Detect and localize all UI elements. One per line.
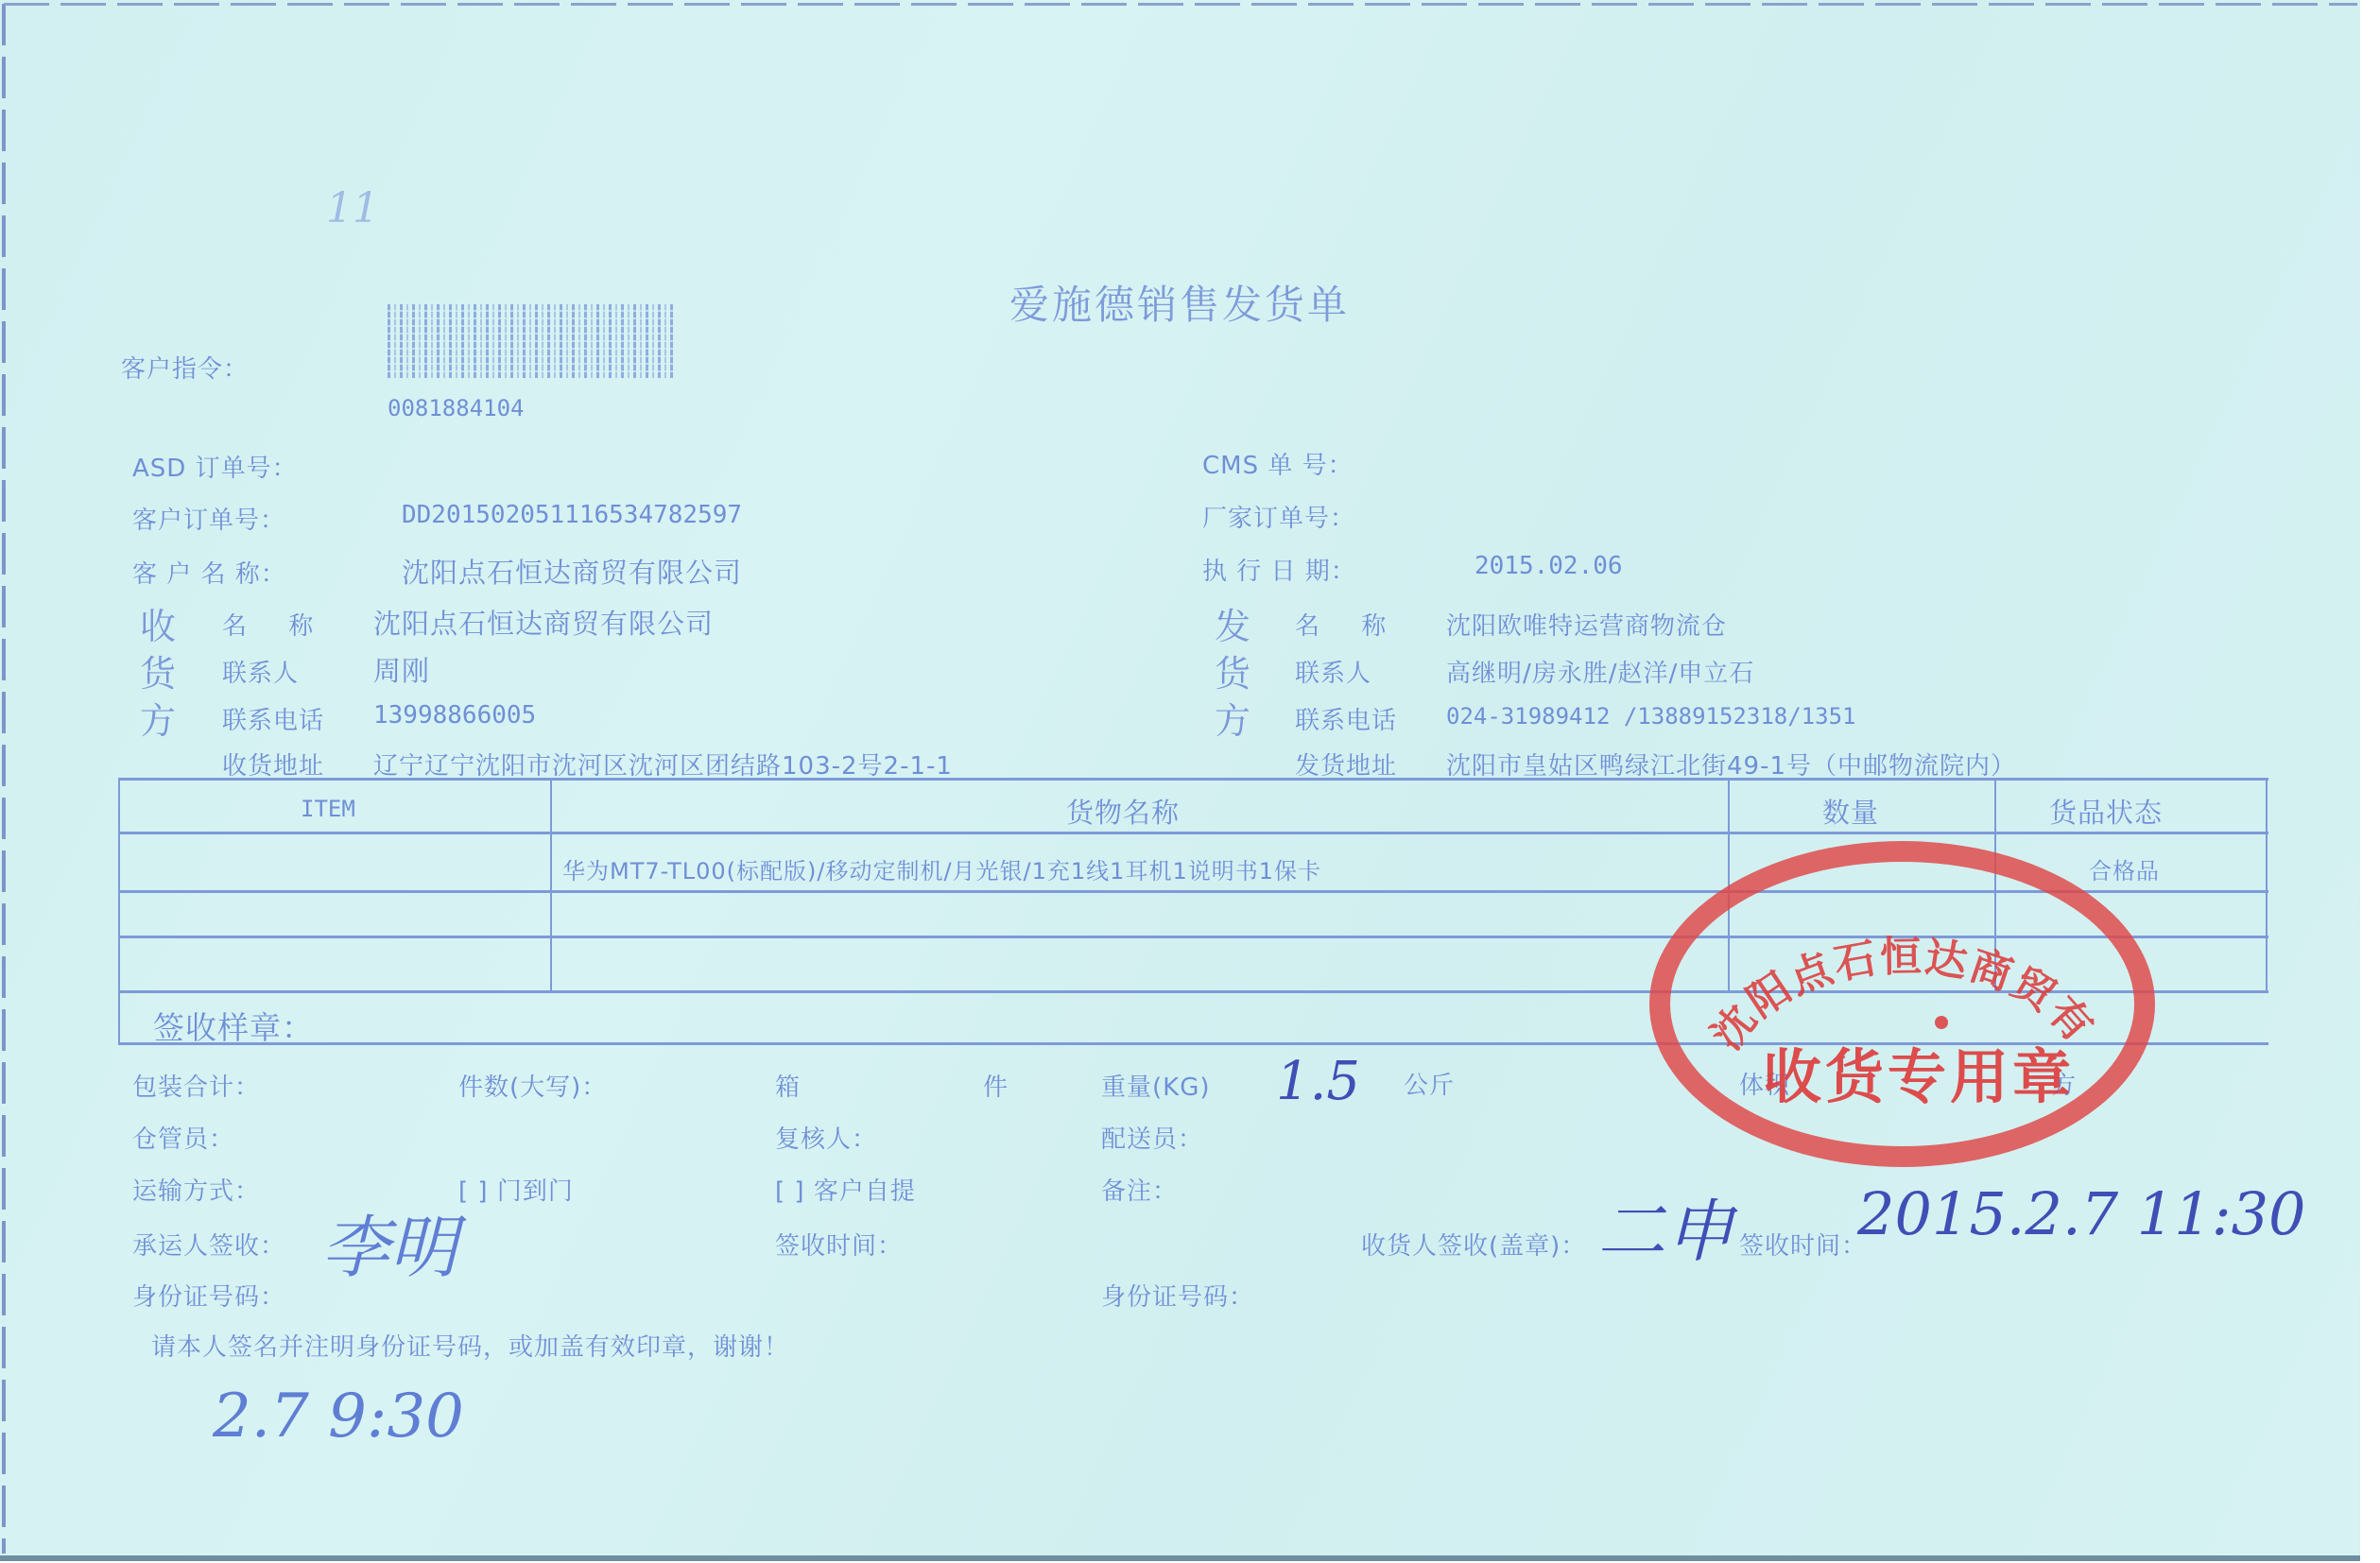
table-header-quantity: 数量 [1822,792,1879,831]
document-title: 爱施德销售发货单 [1009,274,1350,331]
delivery-note-paper: 11 爱施德销售发货单 客户指令： 0081884104 ASD 订单号： 客户… [0,0,2360,1561]
warehouse-label: 仓管员： [132,1120,234,1155]
table-border-top [118,778,2268,781]
shipper-name-value: 沈阳欧唯特运营商物流仓 [1446,607,1727,642]
table-border-left [118,778,120,1045]
stamp-center-text: 收货专用章 [1763,1030,2075,1114]
shipper-contact-label: 联系人 [1295,654,1371,689]
receiver-sign-time-label: 签收时间： [1739,1227,1867,1262]
customer-instruction-code: 0081884104 [388,395,525,421]
table-header-goods-name: 货物名称 [1066,792,1180,831]
receiver-side-char-3: 方 [140,692,177,744]
door-to-door-option[interactable]: [ ] 门到门 [458,1172,574,1207]
count-label: 件数(大写)： [458,1068,607,1103]
exec-date-label: 执 行 日 期： [1202,552,1356,587]
perforation-left [2,4,6,1554]
customer-name-value: 沈阳点石恒达商贸有限公司 [402,552,742,591]
carrier-sign-label: 承运人签收： [132,1227,285,1262]
carrier-sign-time-label: 签收时间： [775,1227,903,1262]
shipper-side-char-2: 货 [1215,644,1251,696]
receiver-contact-value: 周刚 [373,650,430,689]
shipper-phone-label: 联系电话 [1295,701,1397,736]
customer-order-label: 客户订单号： [132,501,285,536]
receiver-id-label: 身份证号码： [1101,1278,1254,1313]
package-total-label: 包装合计： [132,1068,260,1103]
deliverer-label: 配送员： [1101,1120,1203,1155]
exec-date-value: 2015.02.06 [1475,552,1623,580]
receiver-contact-label: 联系人 [222,654,299,689]
receiver-address-value: 辽宁辽宁沈阳市沈河区沈河区团结路103-2号2-1-1 [373,747,953,781]
notice-text: 请本人签名并注明身份证号码，或加盖有效印章，谢谢！ [151,1328,789,1363]
svg-text:沈阳点石恒达商贸有限公司: 沈阳点石恒达商贸有限公司 [1649,841,2103,1058]
receiver-side-char-1: 收 [140,597,177,649]
table-header-goods-status: 货品状态 [2049,792,2163,831]
weight-label: 重量(KG) [1101,1068,1211,1103]
handwritten-note: 2.7 9:30 [213,1382,464,1451]
shipper-side-char-3: 方 [1215,692,1251,744]
customer-instruction-label: 客户指令： [121,350,249,385]
checker-label: 复核人： [775,1120,877,1155]
sign-sample-label: 签收样章： [153,1004,314,1048]
goods-name-cell: 华为MT7-TL00(标配版)/移动定制机/月光银/1充1线1耳机1说明书1保卡 [562,852,1321,885]
cms-label: CMS 单 号： [1202,446,1354,481]
carrier-id-label: 身份证号码： [132,1278,285,1313]
table-header-item: ITEM [301,796,355,822]
box-label: 箱 [775,1068,801,1103]
receiver-side-char-2: 货 [140,644,177,696]
barcode [388,304,675,378]
customer-name-label: 客 户 名 称： [132,555,286,590]
corner-mark: 11 [326,184,379,232]
carrier-signature: 李明 [321,1193,457,1291]
receiver-signature: 二申 [1597,1177,1733,1275]
receiver-name-label: 名 称 [222,607,330,642]
table-border-right [2266,778,2268,993]
receiver-name-value: 沈阳点石恒达商贸有限公司 [373,603,714,642]
stamp-arc-text: 沈阳点石恒达商贸有限公司 [1649,841,2155,1167]
receiver-phone-label: 联系电话 [222,701,324,736]
remark-label: 备注： [1101,1172,1178,1207]
receiver-sign-time-value: 2015.2.7 11:30 [1857,1179,2305,1248]
weight-unit: 公斤 [1404,1066,1455,1101]
asd-order-label: ASD 订单号： [132,449,298,484]
shipper-name-label: 名 称 [1295,607,1403,642]
perforation-top [4,3,2357,6]
factory-order-label: 厂家订单号： [1202,499,1355,534]
shipper-phone-value: 024-31989412 /13889152318/1351 [1446,703,1855,730]
shipper-address-label: 发货地址 [1295,747,1397,781]
receiver-sign-label: 收货人签收(盖章)： [1361,1227,1586,1262]
shipper-address-value: 沈阳市皇姑区鸭绿江北街49-1号（中邮物流院内） [1446,747,2016,781]
customer-order-value: DD201502051116534782597 [402,501,742,529]
weight-handwritten: 1.5 [1276,1051,1360,1112]
table-divider [118,832,2268,834]
shipper-side-char-1: 发 [1215,597,1251,649]
piece-label: 件 [983,1068,1009,1103]
receiver-address-label: 收货地址 [222,747,324,781]
transport-label: 运输方式： [132,1172,260,1207]
shipper-contact-value: 高继明/房永胜/赵洋/申立石 [1446,654,1754,689]
table-col-divider [550,778,552,993]
receiver-phone-value: 13998866005 [373,701,536,730]
customer-pickup-option[interactable]: [ ] 客户自提 [775,1172,916,1207]
